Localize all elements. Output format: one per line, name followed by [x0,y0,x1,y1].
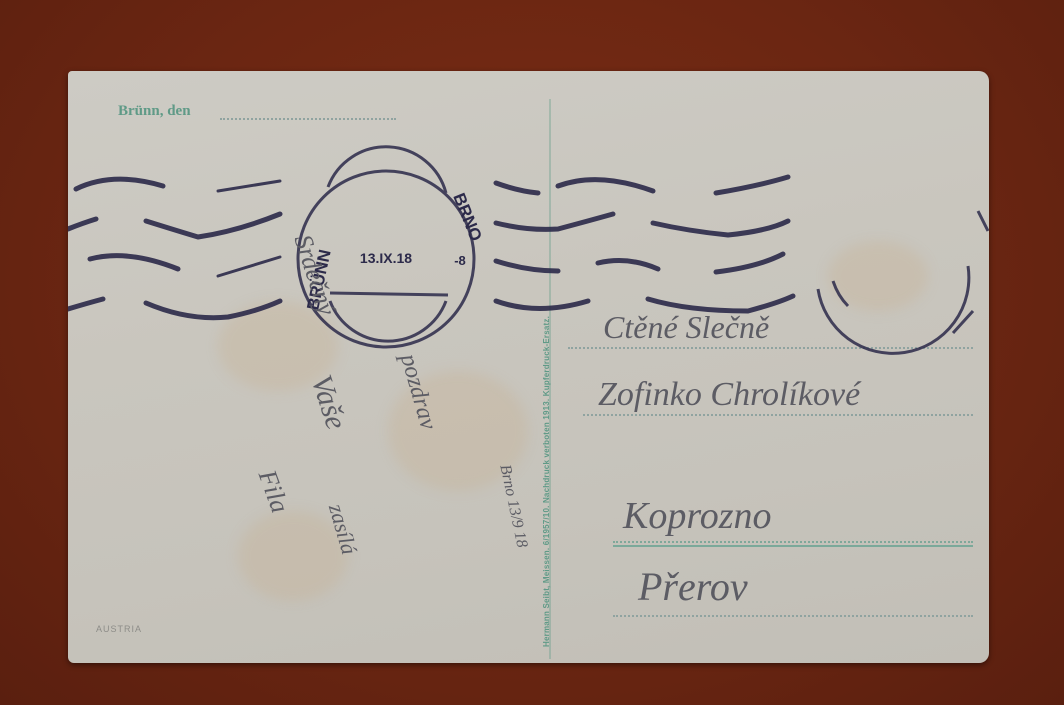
address-salutation: Ctěné Slečně [603,309,769,346]
address-city: Přerov [638,563,748,610]
address-locality: Koprozno [623,494,772,538]
postcard: Brünn, den Hermann Seibt, Meissen. 6/195… [68,71,989,663]
address-recipient: Zofinko Chrolíkové [598,376,860,414]
postmark-secondary [68,71,989,663]
